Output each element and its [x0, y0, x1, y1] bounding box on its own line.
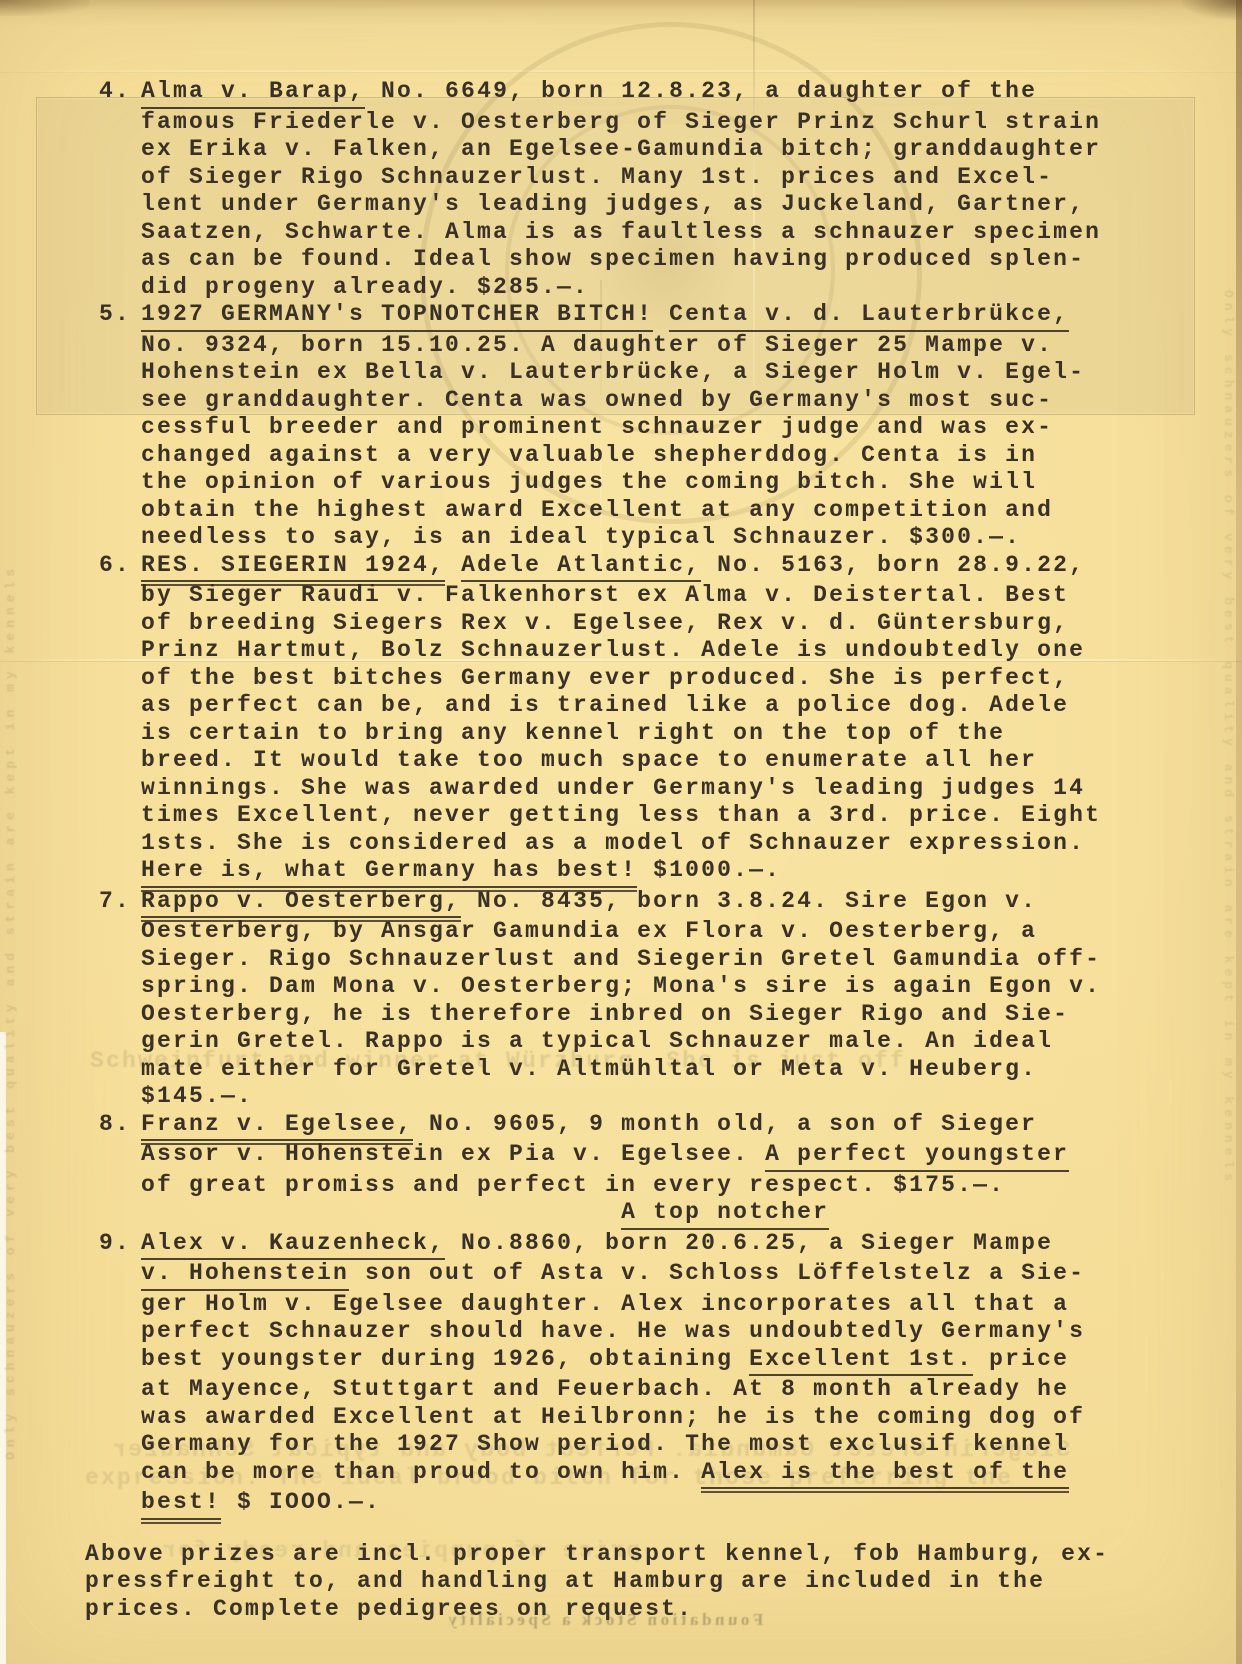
text-line: the opinion of various judges the coming… [141, 469, 1131, 497]
underlined-text: Franz v. Egelsee, [141, 1111, 413, 1142]
item-text: Alex v. Kauzenheck, No.8860, born 20.6.2… [141, 1230, 1131, 1520]
text-line: Rappo v. Oesterberg, No. 8435, born 3.8.… [141, 888, 1131, 919]
text-line: famous Friederle v. Oesterberg of Sieger… [141, 109, 1131, 137]
text-segment: son out of Asta v. Schloss Löffelstelz a… [349, 1260, 1085, 1288]
text-segment: as can be found. Ideal show specimen hav… [141, 246, 1085, 274]
underlined-text: Alex v. Kauzenheck, [141, 1230, 445, 1261]
text-line: needless to say, is an ideal typical Sch… [141, 524, 1131, 552]
text-segment: of Sieger Rigo Schnauzerlust. Many 1st. … [141, 164, 1053, 192]
underlined-text: best! [141, 1489, 221, 1520]
text-line: can be more than proud to own him. Alex … [141, 1459, 1131, 1490]
text-segment: of the best bitches Germany ever produce… [141, 665, 1069, 693]
text-segment: winnings. She was awarded under Germany'… [141, 775, 1085, 803]
text-segment: famous Friederle v. Oesterberg of Sieger… [141, 109, 1101, 137]
text-segment: No. 9605, 9 month old, a son of Sieger [413, 1111, 1037, 1139]
paper-top-left-shadow [0, 0, 90, 16]
text-line: Alma v. Barap, No. 6649, born 12.8.23, a… [141, 78, 1131, 109]
text-line: winnings. She was awarded under Germany'… [141, 775, 1131, 803]
text-segment: prices. Complete pedigrees on request. [85, 1596, 693, 1624]
text-segment: was awarded Excellent at Heilbronn; he i… [141, 1404, 1085, 1432]
item-number: 7. [85, 888, 141, 1111]
text-segment: pressfreight to, and handling at Hamburg… [85, 1568, 1045, 1596]
text-line: cessful breeder and prominent schnauzer … [141, 414, 1131, 442]
text-segment: obtain the highest award Excellent at an… [141, 497, 1053, 525]
text-line: of breeding Siegers Rex v. Egelsee, Rex … [141, 610, 1131, 638]
text-line: RES. SIEGERIN 1924, Adele Atlantic, No. … [141, 552, 1131, 583]
bleedthrough-right-margin-text: Only schnauzers of very best quality and… [1221, 290, 1236, 1390]
text-segment: Assor v. Hohenstein ex Pia v. Egelsee. [141, 1141, 765, 1169]
text-line: v. Hohenstein son out of Asta v. Schloss… [141, 1260, 1131, 1291]
item-text: Rappo v. Oesterberg, No. 8435, born 3.8.… [141, 888, 1131, 1111]
text-segment: No. 8435, born 3.8.24. Sire Egon v. [461, 888, 1037, 916]
text-segment: lent under Germany's leading judges, as … [141, 191, 1085, 219]
text-line: best! $ IOOO.—. [141, 1489, 1131, 1520]
text-line: Above prizes are incl. proper transport … [85, 1541, 1131, 1569]
text-line: spring. Dam Mona v. Oesterberg; Mona's s… [141, 973, 1131, 1001]
text-line: pressfreight to, and handling at Hamburg… [85, 1568, 1131, 1596]
text-segment: perfect Schnauzer should have. He was un… [141, 1318, 1085, 1346]
text-line: No. 9324, born 15.10.25. A daughter of S… [141, 332, 1131, 360]
list-item: 5.1927 GERMANY's TOPNOTCHER BITCH! Centa… [85, 301, 1131, 552]
text-segment: 1sts. She is considered as a model of Sc… [141, 830, 1085, 858]
text-line: best youngster during 1926, obtaining Ex… [141, 1346, 1131, 1377]
text-line: was awarded Excellent at Heilbronn; he i… [141, 1404, 1131, 1432]
text-line: Franz v. Egelsee, No. 9605, 9 month old,… [141, 1111, 1131, 1142]
text-segment: is certain to bring any kennel right on … [141, 720, 1005, 748]
paper-top-right-shadow [1182, 0, 1242, 20]
item-text: Franz v. Egelsee, No. 9605, 9 month old,… [141, 1111, 1131, 1230]
text-segment: No. 9324, born 15.10.25. A daughter of S… [141, 332, 1053, 360]
document-body: 4.Alma v. Barap, No. 6649, born 12.8.23,… [85, 78, 1131, 1623]
text-segment: Saatzen, Schwarte. Alma is as faultless … [141, 219, 1101, 247]
item-number: 6. [85, 552, 141, 888]
list-item: 7.Rappo v. Oesterberg, No. 8435, born 3.… [85, 888, 1131, 1111]
text-line: is certain to bring any kennel right on … [141, 720, 1131, 748]
text-line: prices. Complete pedigrees on request. [85, 1596, 1131, 1624]
text-segment: by Sieger Raudi v. Falkenhorst ex Alma v… [141, 582, 1069, 610]
text-line: ex Erika v. Falken, an Egelsee-Gamundia … [141, 136, 1131, 164]
text-line: $145.—. [141, 1083, 1131, 1111]
text-line: Germany for the 1927 Show period. The mo… [141, 1431, 1131, 1459]
underlined-text: Excellent 1st. [749, 1346, 973, 1377]
text-segment: $1000.—. [637, 857, 781, 885]
text-line: did progeny already. $285.—. [141, 274, 1131, 302]
text-segment: No. 5163, born 28.9.22, [701, 552, 1085, 580]
text-line: at Mayence, Stuttgart and Feuerbach. At … [141, 1376, 1131, 1404]
text-line: Assor v. Hohenstein ex Pia v. Egelsee. A… [141, 1141, 1131, 1172]
item-number: 8. [85, 1111, 141, 1230]
paper-right-edge-shadow [1236, 0, 1242, 1664]
underlined-text: Centa v. d. Lauterbrükce, [669, 301, 1069, 332]
text-line: Oesterberg, he is therefore inbred on Si… [141, 1001, 1131, 1029]
text-segment: can be more than proud to own him. [141, 1459, 701, 1487]
underlined-text: Here is, what Germany has best! [141, 857, 637, 888]
price-list: 4.Alma v. Barap, No. 6649, born 12.8.23,… [85, 78, 1131, 1520]
text-line: Hohenstein ex Bella v. Lauterbrücke, a S… [141, 359, 1131, 387]
text-segment: best youngster during 1926, obtaining [141, 1346, 749, 1374]
text-line: of Sieger Rigo Schnauzerlust. Many 1st. … [141, 164, 1131, 192]
underlined-text: Rappo v. Oesterberg, [141, 888, 461, 919]
underlined-text: RES. SIEGERIN 1924, [141, 552, 445, 583]
text-segment: Germany for the 1927 Show period. The mo… [141, 1431, 1069, 1459]
text-segment: of great promiss and perfect in every re… [141, 1172, 1005, 1200]
text-segment: did progeny already. $285.—. [141, 274, 589, 302]
text-line: gerin Gretel. Rappo is a typical Schnauz… [141, 1028, 1131, 1056]
text-segment: ex Erika v. Falken, an Egelsee-Gamundia … [141, 136, 1101, 164]
text-segment: spring. Dam Mona v. Oesterberg; Mona's s… [141, 973, 1101, 1001]
text-segment: $145.—. [141, 1083, 253, 1111]
text-line: lent under Germany's leading judges, as … [141, 191, 1131, 219]
text-segment: Hohenstein ex Bella v. Lauterbrücke, a S… [141, 359, 1085, 387]
text-segment: gerin Gretel. Rappo is a typical Schnauz… [141, 1028, 1053, 1056]
text-line: Here is, what Germany has best! $1000.—. [141, 857, 1131, 888]
text-line: of the best bitches Germany ever produce… [141, 665, 1131, 693]
text-segment: Oesterberg, by Ansgar Gamundia ex Flora … [141, 918, 1037, 946]
item-number: 9. [85, 1230, 141, 1520]
underlined-text: Alex is the best of the [701, 1459, 1069, 1490]
text-segment: needless to say, is an ideal typical Sch… [141, 524, 1021, 552]
text-segment: price [973, 1346, 1069, 1374]
text-line: times Excellent, never getting less than… [141, 802, 1131, 830]
scan-left-edge [0, 1032, 6, 1664]
text-line: mate either for Gretel v. Altmühltal or … [141, 1056, 1131, 1084]
item-text: RES. SIEGERIN 1924, Adele Atlantic, No. … [141, 552, 1131, 888]
underlined-text: A perfect youngster [765, 1141, 1069, 1172]
text-segment: Sieger. Rigo Schnauzerlust and Siegerin … [141, 946, 1101, 974]
text-segment: times Excellent, never getting less than… [141, 802, 1101, 830]
text-line: as perfect can be, and is trained like a… [141, 692, 1131, 720]
scanned-document-page: Schweinfurt and winner at Würzburg. She … [0, 0, 1242, 1664]
text-segment: mate either for Gretel v. Altmühltal or … [141, 1056, 1037, 1084]
underlined-text: v. Hohenstein [141, 1260, 349, 1291]
list-item: 9.Alex v. Kauzenheck, No.8860, born 20.6… [85, 1230, 1131, 1520]
item-number: 5. [85, 301, 141, 552]
list-item: 4.Alma v. Barap, No. 6649, born 12.8.23,… [85, 78, 1131, 301]
text-segment: changed against a very valuable shepherd… [141, 442, 1037, 470]
text-line: of great promiss and perfect in every re… [141, 1172, 1131, 1200]
text-segment: $ IOOO.—. [221, 1489, 381, 1517]
item-text: Alma v. Barap, No. 6649, born 12.8.23, a… [141, 78, 1131, 301]
text-line: perfect Schnauzer should have. He was un… [141, 1318, 1131, 1346]
text-segment [445, 552, 461, 580]
text-line: breed. It would take too much space to e… [141, 747, 1131, 775]
text-line: ger Holm v. Egelsee daughter. Alex incor… [141, 1291, 1131, 1319]
text-line: Alex v. Kauzenheck, No.8860, born 20.6.2… [141, 1230, 1131, 1261]
text-line: obtain the highest award Excellent at an… [141, 497, 1131, 525]
text-line: Prinz Hartmut, Bolz Schnauzerlust. Adele… [141, 637, 1131, 665]
text-line: 1927 GERMANY's TOPNOTCHER BITCH! Centa v… [141, 301, 1131, 332]
list-item: 6.RES. SIEGERIN 1924, Adele Atlantic, No… [85, 552, 1131, 888]
item-number: 4. [85, 78, 141, 301]
text-segment: Oesterberg, he is therefore inbred on Si… [141, 1001, 1069, 1029]
text-segment: of breeding Siegers Rex v. Egelsee, Rex … [141, 610, 1069, 638]
text-line: Sieger. Rigo Schnauzerlust and Siegerin … [141, 946, 1131, 974]
underlined-text: Alma v. Barap, [141, 78, 365, 109]
text-segment: Prinz Hartmut, Bolz Schnauzerlust. Adele… [141, 637, 1085, 665]
text-line: 1sts. She is considered as a model of Sc… [141, 830, 1131, 858]
underlined-text: A top notcher [621, 1199, 829, 1230]
text-line: A top notcher [141, 1199, 1131, 1230]
text-segment: as perfect can be, and is trained like a… [141, 692, 1069, 720]
text-segment: No. 6649, born 12.8.23, a daughter of th… [365, 78, 1037, 106]
text-line: Saatzen, Schwarte. Alma is as faultless … [141, 219, 1131, 247]
footer-note: Above prizes are incl. proper transport … [85, 1541, 1131, 1624]
item-text: 1927 GERMANY's TOPNOTCHER BITCH! Centa v… [141, 301, 1131, 552]
text-segment: the opinion of various judges the coming… [141, 469, 1037, 497]
text-line: by Sieger Raudi v. Falkenhorst ex Alma v… [141, 582, 1131, 610]
list-item: 8.Franz v. Egelsee, No. 9605, 9 month ol… [85, 1111, 1131, 1230]
underlined-text: 1927 GERMANY's TOPNOTCHER BITCH! [141, 301, 653, 332]
text-line: Oesterberg, by Ansgar Gamundia ex Flora … [141, 918, 1131, 946]
text-line: see granddaughter. Centa was owned by Ge… [141, 387, 1131, 415]
text-segment [141, 1199, 621, 1227]
text-segment: cessful breeder and prominent schnauzer … [141, 414, 1053, 442]
text-line: as can be found. Ideal show specimen hav… [141, 246, 1131, 274]
underlined-text: Adele Atlantic, [461, 552, 701, 583]
text-segment: No.8860, born 20.6.25, a Sieger Mampe [445, 1230, 1053, 1258]
text-segment [653, 301, 669, 329]
text-line: changed against a very valuable shepherd… [141, 442, 1131, 470]
text-segment: at Mayence, Stuttgart and Feuerbach. At … [141, 1376, 1069, 1404]
text-segment: Above prizes are incl. proper transport … [85, 1541, 1109, 1569]
text-segment: see granddaughter. Centa was owned by Ge… [141, 387, 1053, 415]
text-segment: ger Holm v. Egelsee daughter. Alex incor… [141, 1291, 1069, 1319]
text-segment: breed. It would take too much space to e… [141, 747, 1037, 775]
